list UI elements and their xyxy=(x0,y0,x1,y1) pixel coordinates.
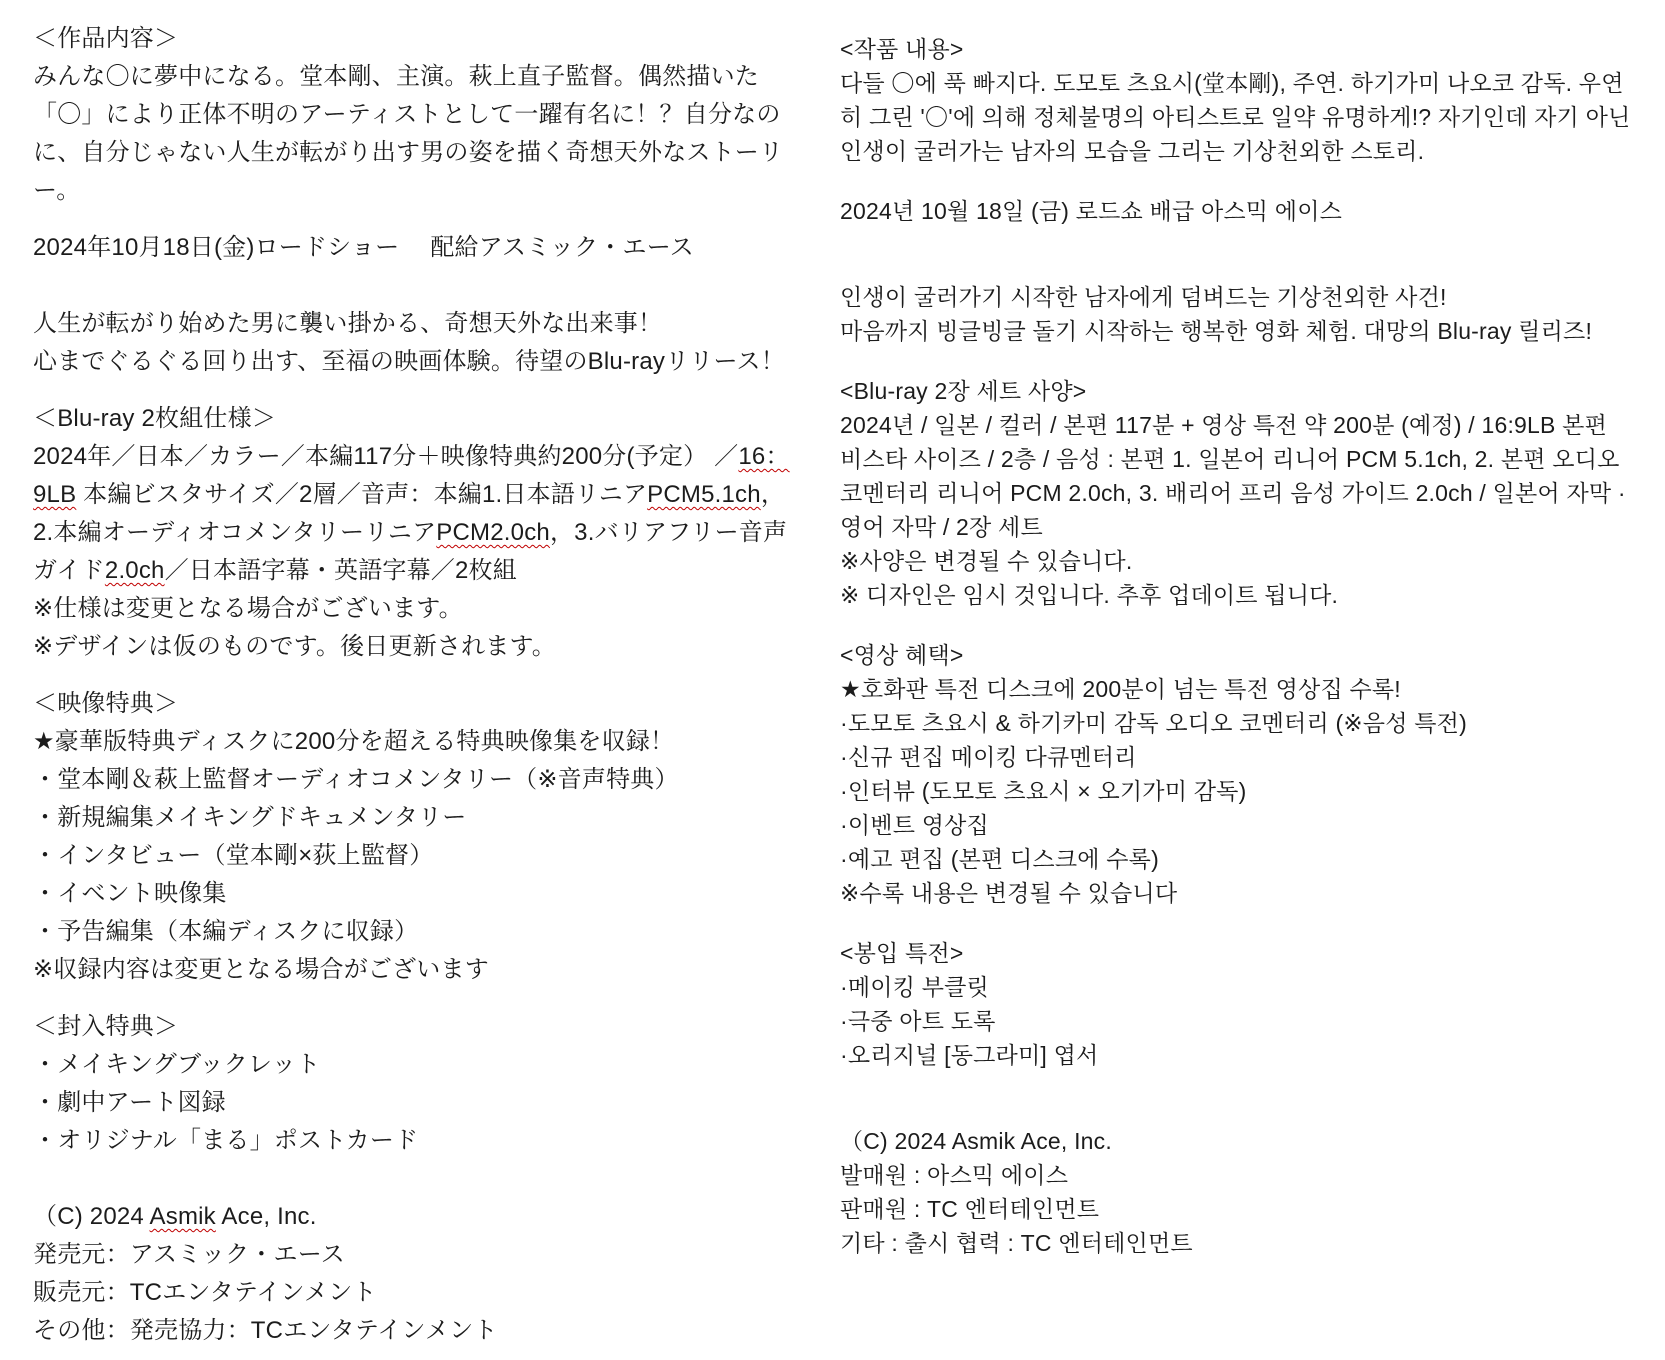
text-line: ·메이킹 부클릿 xyxy=(840,970,1640,1004)
text-segment: 발매원 : 아스믹 에이스 xyxy=(840,1162,1068,1188)
text-segment: その他：発売協力：TCエンタテインメント xyxy=(33,1317,498,1344)
text-line: 기타 : 출시 협력 : TC 엔터테인먼트 xyxy=(840,1226,1640,1260)
text-line: ・インタビュー（堂本剛×荻上監督） xyxy=(33,837,778,875)
text-segment: 히 그린 '〇'에 의해 정체불명의 아티스트로 일약 유명하게!? 자기인데 … xyxy=(840,104,1630,130)
blank-line xyxy=(33,210,778,229)
text-line: ★豪華版特典ディスクに200分を超える特典映像集を収録！ xyxy=(33,723,778,761)
text-line: 다들 〇에 푹 빠지다. 도모토 츠요시(堂本剛), 주연. 하기가미 나오코 … xyxy=(840,66,1640,100)
text-line: 2024년 / 일본 / 컬러 / 본편 117분 + 영상 특전 약 200분… xyxy=(840,408,1640,442)
japanese-column: ＜作品内容＞みんな〇に夢中になる。堂本剛、主演。萩上直子監督。偶然描いた「〇」に… xyxy=(33,20,778,1350)
text-segment: ・メイキングブックレット xyxy=(33,1051,320,1078)
text-segment: ·도모토 츠요시 & 하기카미 감독 오디오 코멘터리 (※음성 특전) xyxy=(840,710,1467,736)
blank-line xyxy=(840,228,1640,254)
blank-line xyxy=(33,267,778,286)
text-segment: 2.本編オーディオコメンタリーリニア xyxy=(33,519,436,546)
blank-line xyxy=(33,381,778,400)
text-line: ·예고 편집 (본편 디스크에 수록) xyxy=(840,842,1640,876)
blank-line xyxy=(840,1098,1640,1124)
text-segment: ・予告編集（本編ディスクに収録） xyxy=(33,918,418,945)
blank-line xyxy=(33,286,778,305)
text-line: 「〇」により正体不明のアーティストとして一躍有名に！？自分なの xyxy=(33,96,778,134)
text-line: 인생이 굴러가기 시작한 남자에게 덤벼드는 기상천외한 사건! xyxy=(840,280,1640,314)
text-segment: ※収録内容は変更となる場合がございます xyxy=(33,956,489,983)
text-segment: ・新規編集メイキングドキュメンタリー xyxy=(33,804,466,831)
text-line: 2.本編オーディオコメンタリーリニアPCM2.0ch，3.バリアフリー音声 xyxy=(33,514,778,552)
text-segment: 비스타 사이즈 / 2층 / 음성 : 본편 1. 일본어 리니어 PCM 5.… xyxy=(840,446,1620,472)
text-segment: に、自分じゃない人生が転がり出す男の姿を描く奇想天外なストーリ xyxy=(33,139,783,166)
text-line: ※사양은 변경될 수 있습니다. xyxy=(840,544,1640,578)
text-line: <영상 혜택> xyxy=(840,638,1640,672)
text-segment: 기타 : 출시 협력 : TC 엔터테인먼트 xyxy=(840,1230,1193,1256)
text-segment: 2024년 / 일본 / 컬러 / 본편 117분 + 영상 특전 약 200분… xyxy=(840,412,1607,438)
blank-line xyxy=(33,666,778,685)
spellcheck-flagged-text: 16： xyxy=(738,443,789,470)
text-segment: ＜Blu-ray 2枚組仕様＞ xyxy=(33,405,276,432)
text-line: ・新規編集メイキングドキュメンタリー xyxy=(33,799,778,837)
text-line: （C) 2024 Asmik Ace, Inc. xyxy=(840,1124,1640,1158)
text-segment: ·극중 아트 도록 xyxy=(840,1008,996,1034)
text-line: ·인터뷰 (도모토 츠요시 × 오기가미 감독) xyxy=(840,774,1640,808)
text-segment: 販売元：TCエンタテインメント xyxy=(33,1279,377,1306)
text-segment: ・堂本剛＆萩上監督オーディオコメンタリー（※音声特典） xyxy=(33,766,679,793)
text-segment: （C) 2024 xyxy=(33,1203,150,1230)
text-segment: ・オリジナル「まる」ポストカード xyxy=(33,1127,418,1154)
text-line: に、自分じゃない人生が転がり出す男の姿を描く奇想天外なストーリ xyxy=(33,134,778,172)
text-segment: ★호화판 특전 디스크에 200분이 넘는 특전 영상집 수록! xyxy=(840,676,1401,702)
text-segment: ・劇中アート図録 xyxy=(33,1089,226,1116)
text-segment: 마음까지 빙글빙글 돌기 시작하는 행복한 영화 체험. 대망의 Blu-ray… xyxy=(840,318,1592,344)
text-segment: 다들 〇에 푹 빠지다. 도모토 츠요시(堂本剛), 주연. 하기가미 나오코 … xyxy=(840,70,1624,96)
blank-line xyxy=(840,612,1640,638)
text-line: <작품 내용> xyxy=(840,32,1640,66)
spellcheck-flagged-text: 9LB xyxy=(33,481,76,508)
text-line: 人生が転がり始めた男に襲い掛かる、奇想天外な出来事！ xyxy=(33,305,778,343)
text-segment: ※ 디자인은 임시 것입니다. 추후 업데이트 됩니다. xyxy=(840,582,1338,608)
spellcheck-flagged-text: Asmik xyxy=(150,1203,216,1230)
text-segment: 인생이 굴러가기 시작한 남자에게 덤벼드는 기상천외한 사건! xyxy=(840,284,1447,310)
text-line: 판매원 : TC 엔터테인먼트 xyxy=(840,1192,1640,1226)
spellcheck-flagged-text: PCM5.1ch xyxy=(647,481,761,508)
text-segment: ·신규 편집 메이킹 다큐멘터리 xyxy=(840,744,1137,770)
text-segment: ※仕様は変更となる場合がございます。 xyxy=(33,595,463,622)
text-line: ※수록 내용은 변경될 수 있습니다 xyxy=(840,876,1640,910)
text-line: 비스타 사이즈 / 2층 / 음성 : 본편 1. 일본어 리니어 PCM 5.… xyxy=(840,442,1640,476)
text-line: （C) 2024 Asmik Ace, Inc. xyxy=(33,1198,778,1236)
text-line: ※ 디자인은 임시 것입니다. 추후 업데이트 됩니다. xyxy=(840,578,1640,612)
text-line: ·극중 아트 도록 xyxy=(840,1004,1640,1038)
text-segment: 인생이 굴러가는 남자의 모습을 그리는 기상천외한 스토리. xyxy=(840,138,1424,164)
spellcheck-flagged-text: 2.0ch xyxy=(105,557,165,584)
text-line: ※仕様は変更となる場合がございます。 xyxy=(33,590,778,628)
text-segment: ＜映像特典＞ xyxy=(33,690,178,717)
text-line: ・堂本剛＆萩上監督オーディオコメンタリー（※音声特典） xyxy=(33,761,778,799)
text-segment: ※수록 내용은 변경될 수 있습니다 xyxy=(840,880,1177,906)
text-segment: ， xyxy=(761,481,785,508)
text-line: みんな〇に夢中になる。堂本剛、主演。萩上直子監督。偶然描いた xyxy=(33,58,778,96)
blank-line xyxy=(33,1160,778,1179)
text-segment: ★豪華版特典ディスクに200分を超える特典映像集を収録！ xyxy=(33,728,674,755)
spellcheck-flagged-text: PCM2.0ch xyxy=(436,519,550,546)
blank-line xyxy=(33,1179,778,1198)
text-segment: <봉입 특전> xyxy=(840,940,964,966)
text-line: ・メイキングブックレット xyxy=(33,1046,778,1084)
text-line: ・イベント映像集 xyxy=(33,875,778,913)
text-segment: ·메이킹 부클릿 xyxy=(840,974,989,1000)
text-line: 9LB 本編ビスタサイズ／2層／音声：本編1.日本語リニアPCM5.1ch， xyxy=(33,476,778,514)
text-segment: ※사양은 변경될 수 있습니다. xyxy=(840,548,1132,574)
text-line: 마음까지 빙글빙글 돌기 시작하는 행복한 영화 체험. 대망의 Blu-ray… xyxy=(840,314,1640,348)
text-line: ＜封入特典＞ xyxy=(33,1008,778,1046)
text-segment: みんな〇に夢中になる。堂本剛、主演。萩上直子監督。偶然描いた xyxy=(33,63,759,90)
text-line: 발매원 : 아스믹 에이스 xyxy=(840,1158,1640,1192)
text-line: ・オリジナル「まる」ポストカード xyxy=(33,1122,778,1160)
text-line: <봉입 특전> xyxy=(840,936,1640,970)
text-segment: ／日本語字幕・英語字幕／2枚組 xyxy=(165,557,517,584)
text-segment: 本編ビスタサイズ／2層／音声：本編1.日本語リニア xyxy=(76,481,647,508)
text-line: 販売元：TCエンタテインメント xyxy=(33,1274,778,1312)
text-segment: ·인터뷰 (도모토 츠요시 × 오기가미 감독) xyxy=(840,778,1246,804)
text-segment: <Blu-ray 2장 세트 사양> xyxy=(840,378,1086,404)
text-segment: ガイド xyxy=(33,557,105,584)
blank-line xyxy=(33,989,778,1008)
text-segment: 2024年10月18日(金)ロードショー 配給アスミック・エース xyxy=(33,234,694,261)
text-line: ＜Blu-ray 2枚組仕様＞ xyxy=(33,400,778,438)
text-segment: 2024년 10월 18일 (금) 로드쇼 배급 아스믹 에이스 xyxy=(840,198,1342,224)
text-segment: ·예고 편집 (본편 디스크에 수록) xyxy=(840,846,1159,872)
blank-line xyxy=(840,348,1640,374)
text-segment: （C) 2024 Asmik Ace, Inc. xyxy=(840,1128,1112,1154)
text-line: 히 그린 '〇'에 의해 정체불명의 아티스트로 일약 유명하게!? 자기인데 … xyxy=(840,100,1640,134)
text-segment: ·오리지널 [동그라미] 엽서 xyxy=(840,1042,1098,1068)
text-line: ＜作品内容＞ xyxy=(33,20,778,58)
text-line: ー。 xyxy=(33,172,778,210)
text-segment: Ace, Inc. xyxy=(216,1203,317,1230)
blank-line xyxy=(840,910,1640,936)
text-segment: ー。 xyxy=(33,177,80,204)
text-segment: ＜作品内容＞ xyxy=(33,25,178,52)
korean-column: <작품 내용>다들 〇에 푹 빠지다. 도모토 츠요시(堂本剛), 주연. 하기… xyxy=(840,32,1640,1260)
text-segment: ・イベント映像集 xyxy=(33,880,227,907)
document-page: ＜作品内容＞みんな〇に夢中になる。堂本剛、主演。萩上直子監督。偶然描いた「〇」に… xyxy=(0,0,1665,1360)
text-segment: 「〇」により正体不明のアーティストとして一躍有名に！？自分なの xyxy=(33,101,781,128)
text-line: <Blu-ray 2장 세트 사양> xyxy=(840,374,1640,408)
text-segment: <작품 내용> xyxy=(840,36,964,62)
blank-line xyxy=(840,254,1640,280)
text-segment: 영어 자막 / 2장 세트 xyxy=(840,514,1043,540)
text-line: 2024年10月18日(金)ロードショー 配給アスミック・エース xyxy=(33,229,778,267)
text-segment: 人生が転がり始めた男に襲い掛かる、奇想天外な出来事！ xyxy=(33,310,662,337)
text-segment: ・インタビュー（堂本剛×荻上監督） xyxy=(33,842,433,869)
text-segment: 코멘터리 리니어 PCM 2.0ch, 3. 배리어 프리 음성 가이드 2.0… xyxy=(840,480,1626,506)
text-line: ＜映像特典＞ xyxy=(33,685,778,723)
text-line: 영어 자막 / 2장 세트 xyxy=(840,510,1640,544)
text-line: ·이벤트 영상집 xyxy=(840,808,1640,842)
text-segment: 판매원 : TC 엔터테인먼트 xyxy=(840,1196,1099,1222)
text-line: ·도모토 츠요시 & 하기카미 감독 오디오 코멘터리 (※음성 특전) xyxy=(840,706,1640,740)
text-segment: <영상 혜택> xyxy=(840,642,964,668)
text-line: ·오리지널 [동그라미] 엽서 xyxy=(840,1038,1640,1072)
text-segment: 発売元：アスミック・エース xyxy=(33,1241,345,1268)
text-line: ※デザインは仮のものです。後日更新されます。 xyxy=(33,628,778,666)
text-line: 2024년 10월 18일 (금) 로드쇼 배급 아스믹 에이스 xyxy=(840,194,1640,228)
text-segment: ·이벤트 영상집 xyxy=(840,812,989,838)
text-segment: ＜封入特典＞ xyxy=(33,1013,178,1040)
text-line: ガイド2.0ch／日本語字幕・英語字幕／2枚組 xyxy=(33,552,778,590)
text-line: ・劇中アート図録 xyxy=(33,1084,778,1122)
text-line: ★호화판 특전 디스크에 200분이 넘는 특전 영상집 수록! xyxy=(840,672,1640,706)
text-line: 発売元：アスミック・エース xyxy=(33,1236,778,1274)
text-line: 2024年／日本／カラー／本編117分＋映像特典約200分(予定） ／16： xyxy=(33,438,778,476)
text-segment: 心までぐるぐる回り出す、至福の映画体験。待望のBlu-rayリリース！ xyxy=(33,348,785,375)
text-line: その他：発売協力：TCエンタテインメント xyxy=(33,1312,778,1350)
text-line: ※収録内容は変更となる場合がございます xyxy=(33,951,778,989)
text-line: 인생이 굴러가는 남자의 모습을 그리는 기상천외한 스토리. xyxy=(840,134,1640,168)
blank-line xyxy=(840,168,1640,194)
text-segment: ，3.バリアフリー音声 xyxy=(550,519,787,546)
text-line: ・予告編集（本編ディスクに収録） xyxy=(33,913,778,951)
text-segment: ※デザインは仮のものです。後日更新されます。 xyxy=(33,633,556,660)
text-segment: 2024年／日本／カラー／本編117分＋映像特典約200分(予定） ／ xyxy=(33,443,738,470)
text-line: 코멘터리 리니어 PCM 2.0ch, 3. 배리어 프리 음성 가이드 2.0… xyxy=(840,476,1640,510)
blank-line xyxy=(840,1072,1640,1098)
text-line: ·신규 편집 메이킹 다큐멘터리 xyxy=(840,740,1640,774)
text-line: 心までぐるぐる回り出す、至福の映画体験。待望のBlu-rayリリース！ xyxy=(33,343,778,381)
